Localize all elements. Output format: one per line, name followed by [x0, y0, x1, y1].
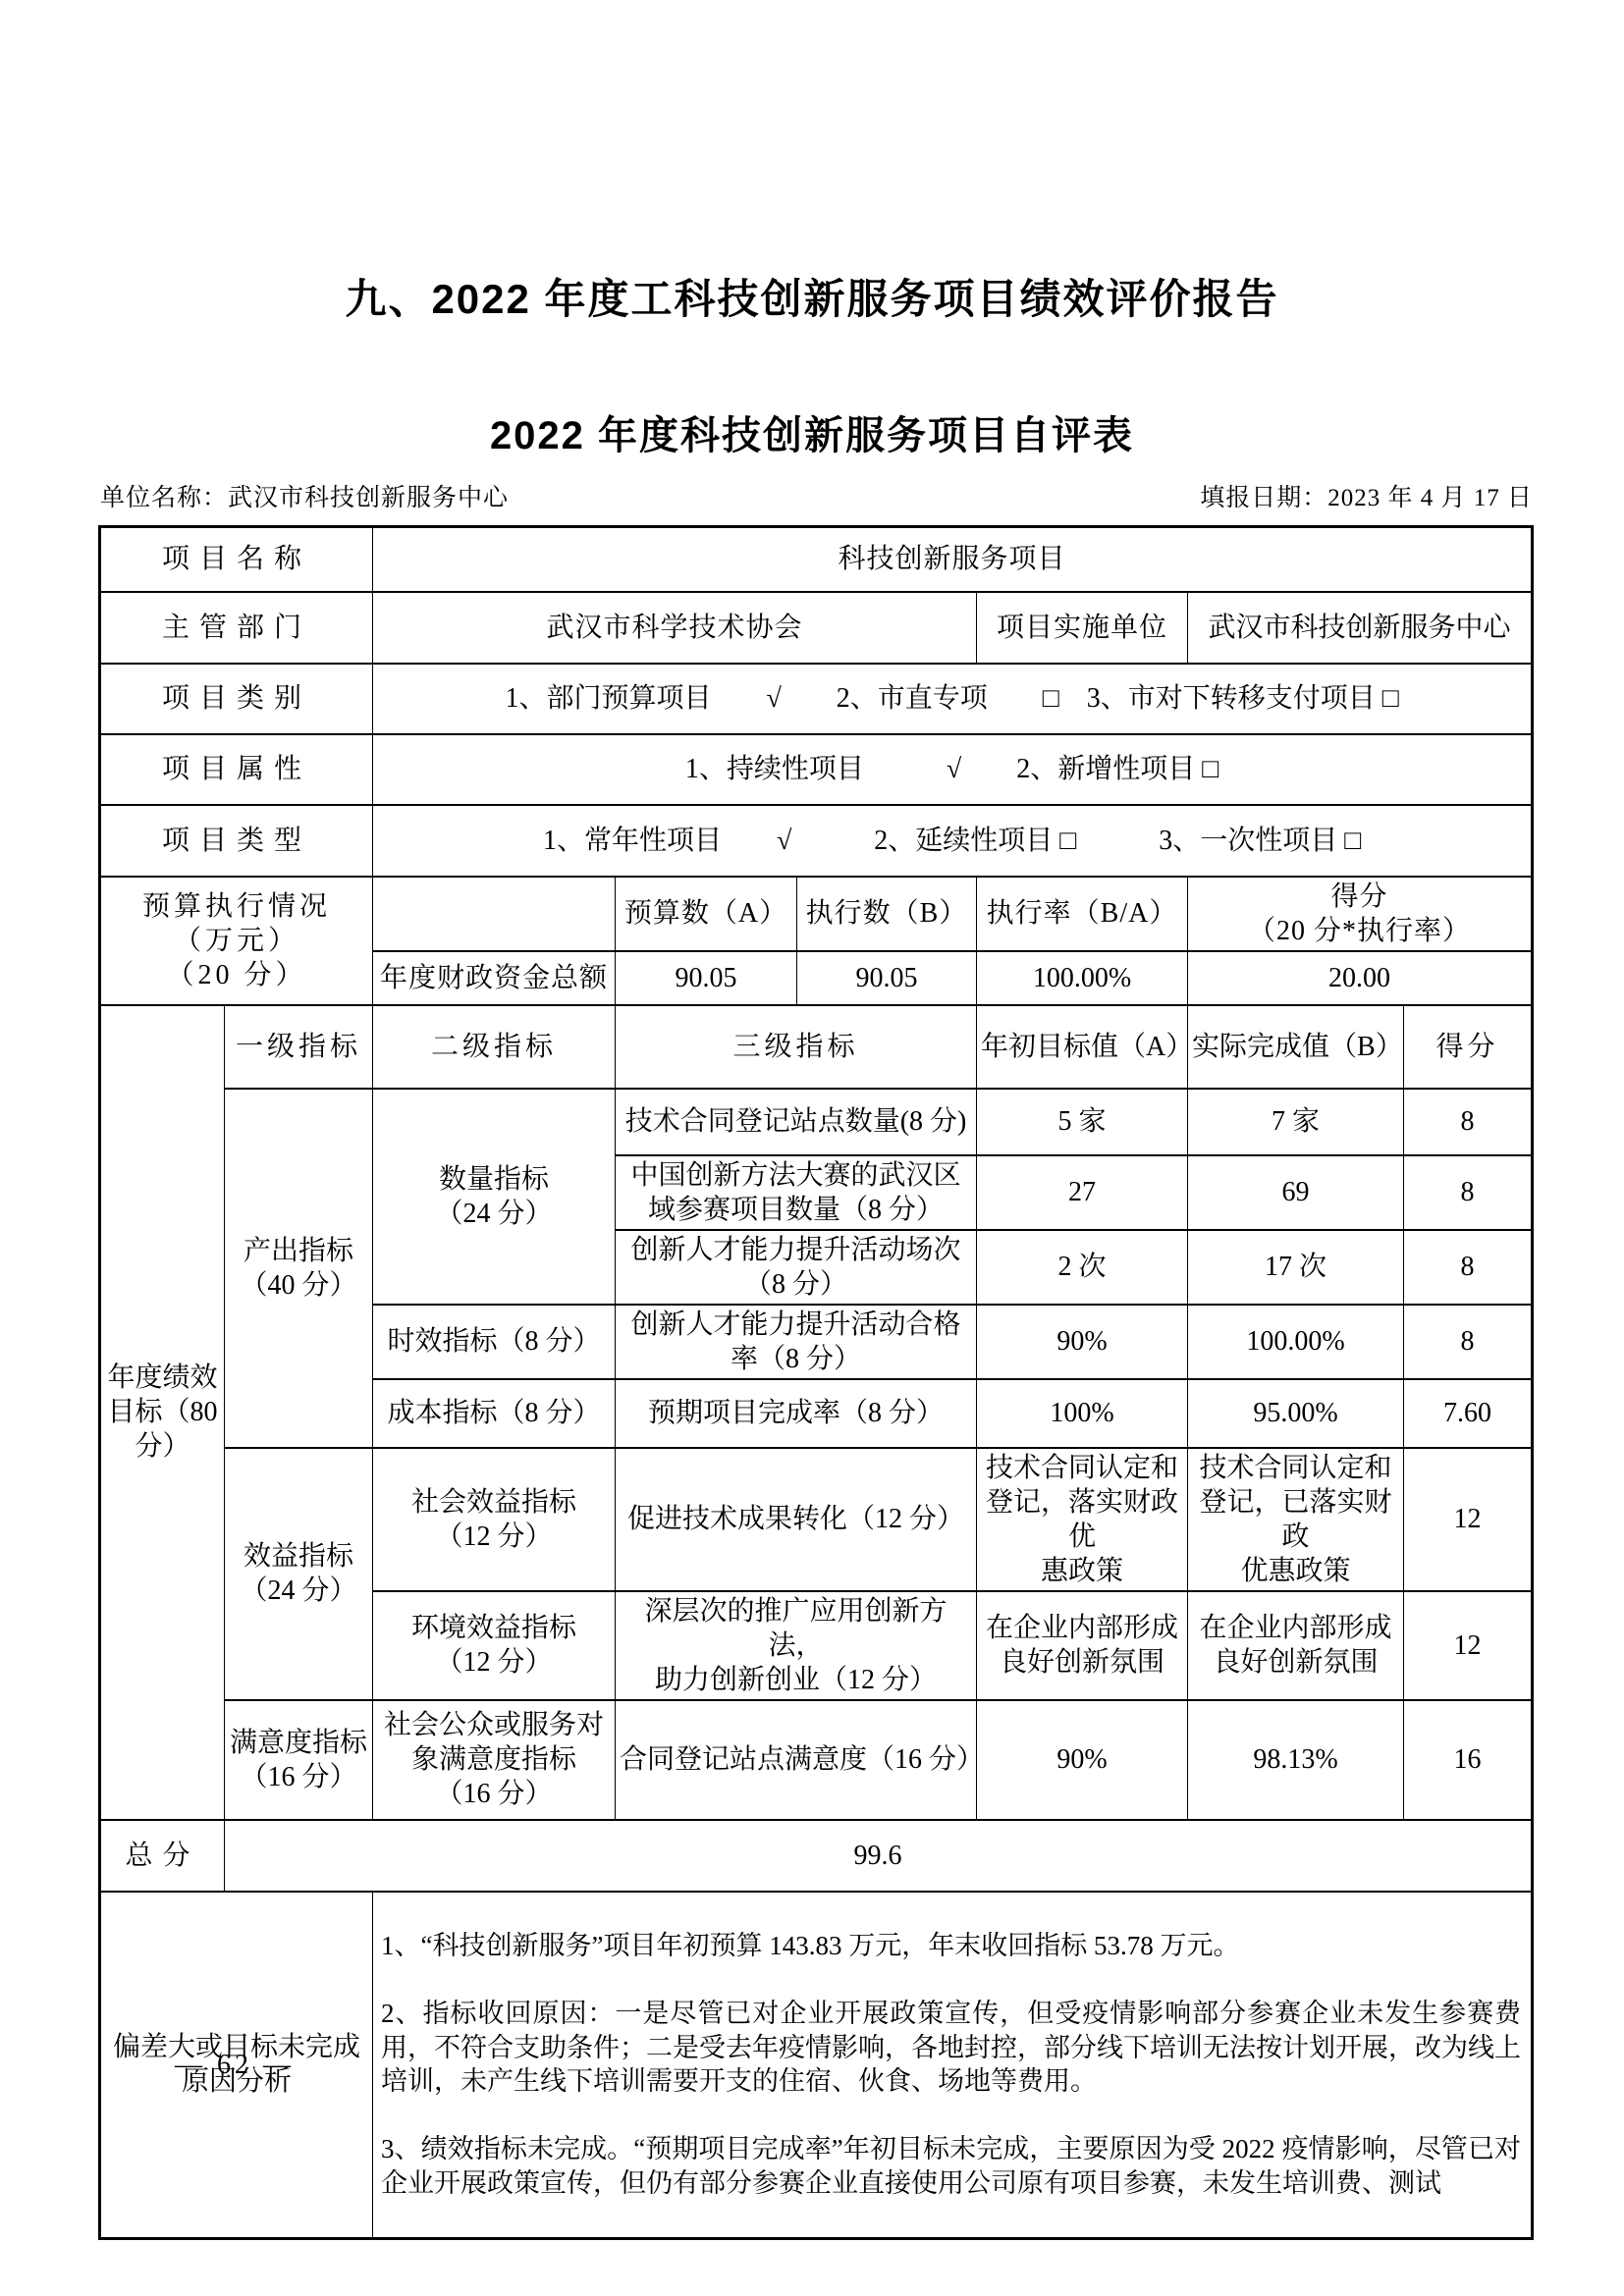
unit-name: 单位名称：武汉市科技创新服务中心 [100, 478, 509, 513]
table-row: 主管部门 武汉市科学技术协会 项目实施单位 武汉市科技创新服务中心 [100, 592, 1533, 664]
indicator-l3-cell: 中国创新方法大赛的武汉区 域参赛项目数量（8 分） [616, 1155, 977, 1230]
budget-col-budget-cell: 预算数（A） [616, 877, 797, 951]
implement-unit-value-cell: 武汉市科技创新服务中心 [1188, 592, 1533, 664]
indicator-l3-cell: 创新人才能力提升活动合格 率（8 分） [616, 1305, 977, 1379]
budget-blank-cell [373, 877, 616, 951]
total-label-cell: 总分 [100, 1820, 225, 1892]
analysis-line: 1、“科技创新服务”项目年初预算 143.83 万元，年末收回指标 53.78 … [381, 1929, 1521, 1963]
table-row: 偏差大或目标未完成 原因分析 1、“科技创新服务”项目年初预算 143.83 万… [100, 1892, 1533, 2239]
form-title: 2022 年度科技创新服务项目自评表 [0, 404, 1624, 460]
supervisor-label-cell: 主管部门 [100, 592, 373, 664]
l1-satisfaction-cell: 满意度指标 （16 分） [225, 1700, 373, 1820]
attribute-options-cell: 1、持续性项目 √ 2、新增性项目 □ [373, 734, 1533, 805]
indicator-target-cell: 100% [977, 1379, 1188, 1448]
l2-environment-cell: 环境效益指标 （12 分） [373, 1591, 616, 1700]
indicator-score-cell: 8 [1404, 1305, 1533, 1379]
indicator-score-cell: 12 [1404, 1448, 1533, 1591]
indicator-actual-cell: 技术合同认定和 登记，已落实财政 优惠政策 [1188, 1448, 1404, 1591]
indicator-score-cell: 8 [1404, 1089, 1533, 1155]
indicator-l3-cell: 技术合同登记站点数量(8 分) [616, 1089, 977, 1155]
executed-value-cell: 90.05 [797, 951, 977, 1005]
info-row: 单位名称：武汉市科技创新服务中心 填报日期：2023 年 4 月 17 日 [100, 478, 1533, 513]
l1-benefit-cell: 效益指标 （24 分） [225, 1448, 373, 1700]
table-row: 项目名称 科技创新服务项目 [100, 527, 1533, 592]
indicator-score-cell: 8 [1404, 1230, 1533, 1305]
indicator-target-cell: 5 家 [977, 1089, 1188, 1155]
type-options-cell: 1、常年性项目 √ 2、延续性项目 □ 3、一次性项目 □ [373, 805, 1533, 877]
l2-social-cell: 社会效益指标 （12 分） [373, 1448, 616, 1591]
indicator-l3-cell: 合同登记站点满意度（16 分） [616, 1700, 977, 1820]
indicator-actual-cell: 17 次 [1188, 1230, 1404, 1305]
performance-section-label-cell: 年度绩效 目标（80 分） [100, 1005, 225, 1820]
indicator-actual-cell: 98.13% [1188, 1700, 1404, 1820]
implement-unit-label-cell: 项目实施单位 [977, 592, 1188, 664]
indicator-score-cell: 8 [1404, 1155, 1533, 1230]
indicator-actual-cell: 95.00% [1188, 1379, 1404, 1448]
attribute-label-cell: 项目属性 [100, 734, 373, 805]
score-value-cell: 20.00 [1188, 951, 1533, 1005]
total-value-cell: 99.6 [225, 1820, 1533, 1892]
table-row: 满意度指标 （16 分） 社会公众或服务对 象满意度指标 （16 分） 合同登记… [100, 1700, 1533, 1820]
indicator-target-cell: 27 [977, 1155, 1188, 1230]
header-level1-cell: 一级指标 [225, 1005, 373, 1089]
analysis-text-cell: 1、“科技创新服务”项目年初预算 143.83 万元，年末收回指标 53.78 … [373, 1892, 1533, 2239]
indicator-score-cell: 7.60 [1404, 1379, 1533, 1448]
indicator-actual-cell: 在企业内部形成 良好创新氛围 [1188, 1591, 1404, 1700]
header-level3-cell: 三级指标 [616, 1005, 977, 1089]
header-score-cell: 得分 [1404, 1005, 1533, 1089]
budget-value-cell: 90.05 [616, 951, 797, 1005]
table-row: 预算执行情况 （万元） （20 分） 预算数（A） 执行数（B） 执行率（B/A… [100, 877, 1533, 951]
indicator-score-cell: 12 [1404, 1591, 1533, 1700]
indicator-l3-cell: 深层次的推广应用创新方法， 助力创新创业（12 分） [616, 1591, 977, 1700]
table-row: 总分 99.6 [100, 1820, 1533, 1892]
report-date: 填报日期：2023 年 4 月 17 日 [1200, 478, 1533, 513]
indicator-l3-cell: 创新人才能力提升活动场次 （8 分） [616, 1230, 977, 1305]
l1-output-cell: 产出指标 （40 分） [225, 1089, 373, 1448]
rate-value-cell: 100.00% [977, 951, 1188, 1005]
category-options-cell: 1、部门预算项目 √ 2、市直专项 □ 3、市对下转移支付项目 □ [373, 664, 1533, 734]
header-target-cell: 年初目标值（A） [977, 1005, 1188, 1089]
budget-col-executed-cell: 执行数（B） [797, 877, 977, 951]
self-evaluation-table: 项目名称 科技创新服务项目 主管部门 武汉市科学技术协会 项目实施单位 武汉市科… [98, 525, 1534, 2240]
budget-col-rate-cell: 执行率（B/A） [977, 877, 1188, 951]
indicator-actual-cell: 100.00% [1188, 1305, 1404, 1379]
report-title: 九、2022 年度工科技创新服务项目绩效评价报告 [0, 267, 1624, 326]
table-row: 项目属性 1、持续性项目 √ 2、新增性项目 □ [100, 734, 1533, 805]
type-label-cell: 项目类型 [100, 805, 373, 877]
indicator-score-cell: 16 [1404, 1700, 1533, 1820]
budget-col-score-cell: 得分 （20 分*执行率） [1188, 877, 1533, 951]
indicator-target-cell: 技术合同认定和 登记，落实财政优 惠政策 [977, 1448, 1188, 1591]
category-label-cell: 项目类别 [100, 664, 373, 734]
l2-cost-cell: 成本指标（8 分） [373, 1379, 616, 1448]
table-row: 产出指标 （40 分） 数量指标 （24 分） 技术合同登记站点数量(8 分) … [100, 1089, 1533, 1155]
indicator-l3-cell: 促进技术成果转化（12 分） [616, 1448, 977, 1591]
header-level2-cell: 二级指标 [373, 1005, 616, 1089]
budget-section-label-cell: 预算执行情况 （万元） （20 分） [100, 877, 373, 1005]
supervisor-value-cell: 武汉市科学技术协会 [373, 592, 977, 664]
l2-satisfaction-cell: 社会公众或服务对 象满意度指标 （16 分） [373, 1700, 616, 1820]
page-number: — 62 — [175, 2050, 295, 2081]
budget-row-label-cell: 年度财政资金总额 [373, 951, 616, 1005]
project-name-label-cell: 项目名称 [100, 527, 373, 592]
l2-timeliness-cell: 时效指标（8 分） [373, 1305, 616, 1379]
table-row: 项目类别 1、部门预算项目 √ 2、市直专项 □ 3、市对下转移支付项目 □ [100, 664, 1533, 734]
indicator-target-cell: 90% [977, 1700, 1188, 1820]
project-name-value-cell: 科技创新服务项目 [373, 527, 1533, 592]
page: 九、2022 年度工科技创新服务项目绩效评价报告 2022 年度科技创新服务项目… [0, 0, 1624, 2296]
indicator-target-cell: 2 次 [977, 1230, 1188, 1305]
analysis-line: 2、指标收回原因：一是尽管已对企业开展政策宣传，但受疫情影响部分参赛企业未发生参… [381, 1997, 1521, 2099]
header-actual-cell: 实际完成值（B） [1188, 1005, 1404, 1089]
indicator-l3-cell: 预期项目完成率（8 分） [616, 1379, 977, 1448]
indicator-target-cell: 在企业内部形成 良好创新氛围 [977, 1591, 1188, 1700]
indicator-actual-cell: 69 [1188, 1155, 1404, 1230]
table-row: 年度绩效 目标（80 分） 一级指标 二级指标 三级指标 年初目标值（A） 实际… [100, 1005, 1533, 1089]
indicator-target-cell: 90% [977, 1305, 1188, 1379]
analysis-line: 3、绩效指标未完成。“预期项目完成率”年初目标未完成，主要原因为受 2022 疫… [381, 2132, 1521, 2200]
table-row: 项目类型 1、常年性项目 √ 2、延续性项目 □ 3、一次性项目 □ [100, 805, 1533, 877]
indicator-actual-cell: 7 家 [1188, 1089, 1404, 1155]
table-row: 效益指标 （24 分） 社会效益指标 （12 分） 促进技术成果转化（12 分）… [100, 1448, 1533, 1591]
l2-quantity-cell: 数量指标 （24 分） [373, 1089, 616, 1305]
